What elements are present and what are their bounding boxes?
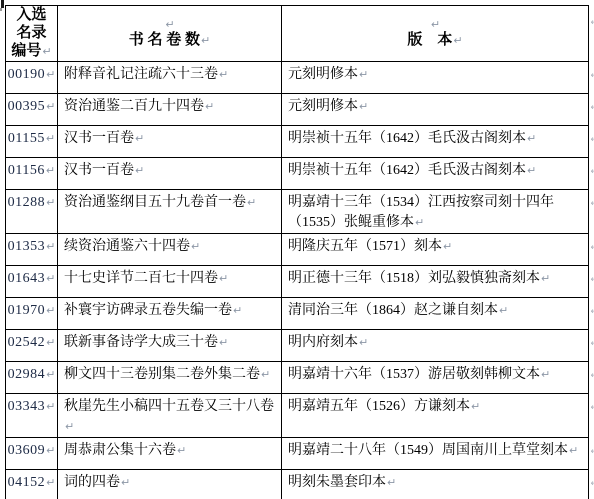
row-end-mark-icon: ↵ [590, 270, 594, 290]
book-title-text: 补寰宇访碑录五卷失编一卷 [64, 303, 232, 318]
table-row: 01155↵ 汉书一百卷↵ 明崇祯十五年（1642）毛氏汲古阁刻本↵ ↵ [6, 126, 589, 158]
book-title-text: 联新事备诗学大成三十卷 [64, 335, 218, 350]
paragraph-mark-icon: ↵ [177, 444, 186, 457]
page-edge-artifact [1, 0, 4, 8]
paragraph-mark-icon: ↵ [46, 444, 55, 457]
book-title-text: 附释音礼记注疏六十三卷 [64, 67, 218, 82]
header-edition-line: 版 本↵ [282, 31, 588, 50]
paragraph-mark-icon: ↵ [201, 34, 210, 47]
paragraph-mark-icon: ↵ [541, 272, 550, 285]
paragraph-mark-icon: ↵ [247, 196, 256, 209]
cell-edition[interactable]: 明嘉靖二十八年（1549）周国南川上草堂刻本↵ ↵ [282, 438, 589, 470]
paragraph-mark-icon: ↵ [415, 216, 424, 229]
paragraph-mark-icon: ↵ [46, 240, 55, 253]
table-row: 00395↵ 资治通鉴二百九十四卷↵ 元刻明修本↵ ↵ [6, 94, 589, 126]
cell-edition[interactable]: 明刻朱墨套印本↵ ↵ [282, 470, 589, 499]
cell-book-title[interactable]: 资治通鉴纲目五十九卷首一卷↵ [58, 190, 282, 234]
catalog-number-text: 03343 [8, 399, 46, 414]
edition-text: 明崇祯十五年（1642）毛氏汲古阁刻本 [288, 131, 526, 146]
paragraph-mark-icon: ↵ [453, 34, 462, 47]
cell-catalog-number[interactable]: 00190↵ [6, 62, 58, 94]
paragraph-mark-icon: ↵ [359, 100, 368, 113]
paragraph-mark-icon: ↵ [46, 368, 55, 381]
row-end-mark-icon: ↵ [590, 130, 594, 150]
table-row: 04152↵ 词的四卷↵ 明刻朱墨套印本↵ ↵ [6, 470, 589, 499]
cell-catalog-number[interactable]: 01156↵ [6, 158, 58, 190]
paragraph-mark-icon: ↵ [135, 164, 144, 177]
paragraph-mark-icon: ↵ [65, 420, 74, 433]
paragraph-mark-icon: ↵ [42, 45, 51, 58]
edition-text: 明崇祯十五年（1642）毛氏汲古阁刻本 [288, 163, 526, 178]
cell-edition[interactable]: 元刻明修本↵ ↵ [282, 94, 589, 126]
catalog-number-text: 01643 [8, 271, 46, 286]
catalog-number-text: 00395 [8, 99, 46, 114]
cell-edition[interactable]: 明隆庆五年（1571）刻本↵ ↵ [282, 234, 589, 266]
catalog-number-text: 01156 [8, 163, 45, 178]
table-row: 01643↵ 十七史详节二百七十四卷↵ 明正德十三年（1518）刘弘毅慎独斋刻本… [6, 266, 589, 298]
cell-edition[interactable]: 清同治三年（1864）赵之谦自刻本↵ ↵ [282, 298, 589, 330]
cell-catalog-number[interactable]: 01643↵ [6, 266, 58, 298]
cell-catalog-number[interactable]: 00395↵ [6, 94, 58, 126]
edition-text: 明正德十三年（1518）刘弘毅慎独斋刻本 [288, 271, 540, 286]
paragraph-mark-icon: ↵ [46, 164, 55, 177]
paragraph-mark-icon: ↵ [219, 68, 228, 81]
cell-edition[interactable]: 明嘉靖十三年（1534）江西按察司刻十四年（1535）张鲲重修本↵ ↵ [282, 190, 589, 234]
row-end-mark-icon: ↵ [590, 194, 594, 214]
cell-book-title[interactable]: 资治通鉴二百九十四卷↵ [58, 94, 282, 126]
edition-text: 明刻朱墨套印本 [288, 475, 386, 490]
paragraph-mark-icon: ↵ [46, 68, 55, 81]
cell-book-title[interactable]: 附释音礼记注疏六十三卷↵ [58, 62, 282, 94]
table-header-row: 入选 名录 编号↵ ↵ 书 名 卷 数↵ ↵ 版 本↵ ↵ [6, 6, 589, 62]
cell-edition[interactable]: 明崇祯十五年（1642）毛氏汲古阁刻本↵ ↵ [282, 158, 589, 190]
paragraph-mark-icon: ↵ [233, 304, 242, 317]
header-id-line3: 编号↵ [6, 42, 57, 61]
edition-text: 元刻明修本 [288, 99, 358, 114]
cell-book-title[interactable]: 柳文四十三卷别集二卷外集二卷↵ [58, 362, 282, 394]
cell-catalog-number[interactable]: 03609↵ [6, 438, 58, 470]
paragraph-mark-icon: ↵ [261, 368, 270, 381]
table-body: 00190↵ 附释音礼记注疏六十三卷↵ 元刻明修本↵ ↵ 00395↵ 资治通鉴… [6, 62, 589, 499]
paragraph-mark-icon: ↵ [46, 476, 55, 489]
paragraph-mark-icon: ↵ [219, 336, 228, 349]
table-row: 03609↵ 周恭肃公集十六卷↵ 明嘉靖二十八年（1549）周国南川上草堂刻本↵… [6, 438, 589, 470]
cell-book-title[interactable]: 十七史详节二百七十四卷↵ [58, 266, 282, 298]
row-end-mark-icon: ↵ [590, 302, 594, 322]
cell-book-title[interactable]: 词的四卷↵ [58, 470, 282, 499]
cell-catalog-number[interactable]: 01288↵ [6, 190, 58, 234]
cell-edition[interactable]: 明嘉靖十六年（1537）游居敬刻韩柳文本↵ ↵ [282, 362, 589, 394]
row-end-mark-icon: ↵ [590, 474, 594, 494]
paragraph-mark-icon: ↵ [191, 240, 200, 253]
cell-book-title[interactable]: 续资治通鉴六十四卷↵ [58, 234, 282, 266]
edition-text: 明嘉靖十六年（1537）游居敬刻韩柳文本 [288, 367, 540, 382]
cell-edition[interactable]: 明崇祯十五年（1642）毛氏汲古阁刻本↵ ↵ [282, 126, 589, 158]
row-end-mark-icon: ↵ [590, 398, 594, 418]
header-title-text: 书 名 卷 数 [129, 32, 200, 48]
row-end-mark-icon: ↵ [590, 366, 594, 386]
cell-catalog-number[interactable]: 02984↵ [6, 362, 58, 394]
cell-edition[interactable]: 元刻明修本↵ ↵ [282, 62, 589, 94]
header-cell-edition[interactable]: ↵ 版 本↵ ↵ [282, 6, 589, 62]
header-title-empty-line: ↵ [58, 18, 281, 31]
edition-text: 元刻明修本 [288, 67, 358, 82]
paragraph-mark-icon: ↵ [46, 400, 55, 413]
catalog-number-text: 01353 [8, 239, 46, 254]
header-edition-empty-line: ↵ [282, 18, 588, 31]
book-title-text: 汉书一百卷 [64, 131, 134, 146]
edition-text: 明嘉靖二十八年（1549）周国南川上草堂刻本 [288, 443, 568, 458]
catalog-number-text: 01970 [8, 303, 46, 318]
catalog-number-text: 03609 [8, 443, 46, 458]
paragraph-mark-icon: ↵ [527, 132, 536, 145]
catalog-number-text: 02984 [8, 367, 46, 382]
paragraph-mark-icon: ↵ [387, 476, 396, 489]
table-row: 01353↵ 续资治通鉴六十四卷↵ 明隆庆五年（1571）刻本↵ ↵ [6, 234, 589, 266]
paragraph-mark-icon: ↵ [527, 164, 536, 177]
cell-book-title[interactable]: 联新事备诗学大成三十卷↵ [58, 330, 282, 362]
edition-text: 清同治三年（1864）赵之谦自刻本 [288, 303, 498, 318]
cell-edition[interactable]: 明嘉靖五年（1526）方谦刻本↵ ↵ [282, 394, 589, 438]
edition-text: 明嘉靖五年（1526）方谦刻本 [288, 399, 470, 414]
paragraph-mark-icon: ↵ [431, 18, 440, 31]
catalog-number-text: 01288 [8, 195, 46, 210]
cell-book-title[interactable]: 周恭肃公集十六卷↵ [58, 438, 282, 470]
paragraph-mark-icon: ↵ [219, 272, 228, 285]
header-id-line2: 名录 [6, 24, 57, 42]
cell-book-title[interactable]: 汉书一百卷↵ [58, 158, 282, 190]
book-title-text: 资治通鉴二百九十四卷 [64, 99, 204, 114]
row-end-mark-icon: ↵ [590, 238, 594, 258]
paragraph-mark-icon: ↵ [165, 18, 174, 31]
paragraph-mark-icon: ↵ [569, 444, 578, 457]
paragraph-mark-icon: ↵ [121, 476, 130, 489]
table-row: 00190↵ 附释音礼记注疏六十三卷↵ 元刻明修本↵ ↵ [6, 62, 589, 94]
header-title-line: 书 名 卷 数↵ [58, 31, 281, 50]
cell-catalog-number[interactable]: 01353↵ [6, 234, 58, 266]
table-row: 03343↵ 秋崖先生小稿四十五卷又三十八卷↵ 明嘉靖五年（1526）方谦刻本↵… [6, 394, 589, 438]
table-row: 01288↵ 资治通鉴纲目五十九卷首一卷↵ 明嘉靖十三年（1534）江西按察司刻… [6, 190, 589, 234]
cell-catalog-number[interactable]: 01155↵ [6, 126, 58, 158]
book-title-text: 周恭肃公集十六卷 [64, 443, 176, 458]
row-end-mark-icon: ↵ [590, 98, 594, 118]
paragraph-mark-icon: ↵ [46, 336, 55, 349]
book-title-text: 词的四卷 [64, 475, 120, 490]
table-row: 02984↵ 柳文四十三卷别集二卷外集二卷↵ 明嘉靖十六年（1537）游居敬刻韩… [6, 362, 589, 394]
book-title-text: 柳文四十三卷别集二卷外集二卷 [64, 367, 260, 382]
cell-catalog-number[interactable]: 03343↵ [6, 394, 58, 438]
header-id-line1: 入选 [6, 6, 57, 24]
catalog-number-text: 00190 [8, 67, 46, 82]
paragraph-mark-icon: ↵ [46, 272, 55, 285]
catalog-number-text: 01155 [8, 131, 45, 146]
paragraph-mark-icon: ↵ [205, 100, 214, 113]
paragraph-mark-icon: ↵ [471, 400, 480, 413]
cell-book-title[interactable]: 秋崖先生小稿四十五卷又三十八卷↵ [58, 394, 282, 438]
edition-text: 明隆庆五年（1571）刻本 [288, 239, 442, 254]
paragraph-mark-icon: ↵ [46, 132, 55, 145]
book-title-text: 续资治通鉴六十四卷 [64, 239, 190, 254]
row-end-mark-icon: ↵ [590, 442, 594, 462]
header-cell-id[interactable]: 入选 名录 编号↵ [6, 6, 58, 62]
book-title-text: 秋崖先生小稿四十五卷又三十八卷 [64, 399, 274, 414]
table-row: 01970↵ 补寰宇访碑录五卷失编一卷↵ 清同治三年（1864）赵之谦自刻本↵ … [6, 298, 589, 330]
row-end-mark-icon: ↵ [590, 162, 594, 182]
table-row: 01156↵ 汉书一百卷↵ 明崇祯十五年（1642）毛氏汲古阁刻本↵ ↵ [6, 158, 589, 190]
cell-catalog-number[interactable]: 04152↵ [6, 470, 58, 499]
header-edition-text: 版 本 [407, 32, 452, 48]
cell-catalog-number[interactable]: 01970↵ [6, 298, 58, 330]
paragraph-mark-icon: ↵ [46, 100, 55, 113]
paragraph-mark-icon: ↵ [541, 368, 550, 381]
cell-edition[interactable]: 明正德十三年（1518）刘弘毅慎独斋刻本↵ ↵ [282, 266, 589, 298]
paragraph-mark-icon: ↵ [359, 336, 368, 349]
paragraph-mark-icon: ↵ [359, 68, 368, 81]
paragraph-mark-icon: ↵ [443, 240, 452, 253]
paragraph-mark-icon: ↵ [46, 196, 55, 209]
book-title-text: 汉书一百卷 [64, 163, 134, 178]
header-id-text: 编号 [11, 43, 41, 59]
row-end-mark-icon: ↵ [590, 334, 594, 354]
paragraph-mark-icon: ↵ [499, 304, 508, 317]
page-edge-artifact-shadow [0, 8, 2, 11]
edition-text: 明内府刻本 [288, 335, 358, 350]
header-cell-title[interactable]: ↵ 书 名 卷 数↵ [58, 6, 282, 62]
row-end-mark-icon: ↵ [590, 14, 594, 32]
paragraph-mark-icon: ↵ [46, 304, 55, 317]
cell-book-title[interactable]: 补寰宇访碑录五卷失编一卷↵ [58, 298, 282, 330]
document-table: 入选 名录 编号↵ ↵ 书 名 卷 数↵ ↵ 版 本↵ ↵ 00190↵ 附释音… [5, 5, 589, 499]
cell-book-title[interactable]: 汉书一百卷↵ [58, 126, 282, 158]
book-title-text: 资治通鉴纲目五十九卷首一卷 [64, 195, 246, 210]
row-end-mark-icon: ↵ [590, 66, 594, 86]
book-title-text: 十七史详节二百七十四卷 [64, 271, 218, 286]
cell-edition[interactable]: 明内府刻本↵ ↵ [282, 330, 589, 362]
catalog-number-text: 02542 [8, 335, 46, 350]
paragraph-mark-icon: ↵ [135, 132, 144, 145]
catalog-number-text: 04152 [8, 475, 46, 490]
cell-catalog-number[interactable]: 02542↵ [6, 330, 58, 362]
table-row: 02542↵ 联新事备诗学大成三十卷↵ 明内府刻本↵ ↵ [6, 330, 589, 362]
